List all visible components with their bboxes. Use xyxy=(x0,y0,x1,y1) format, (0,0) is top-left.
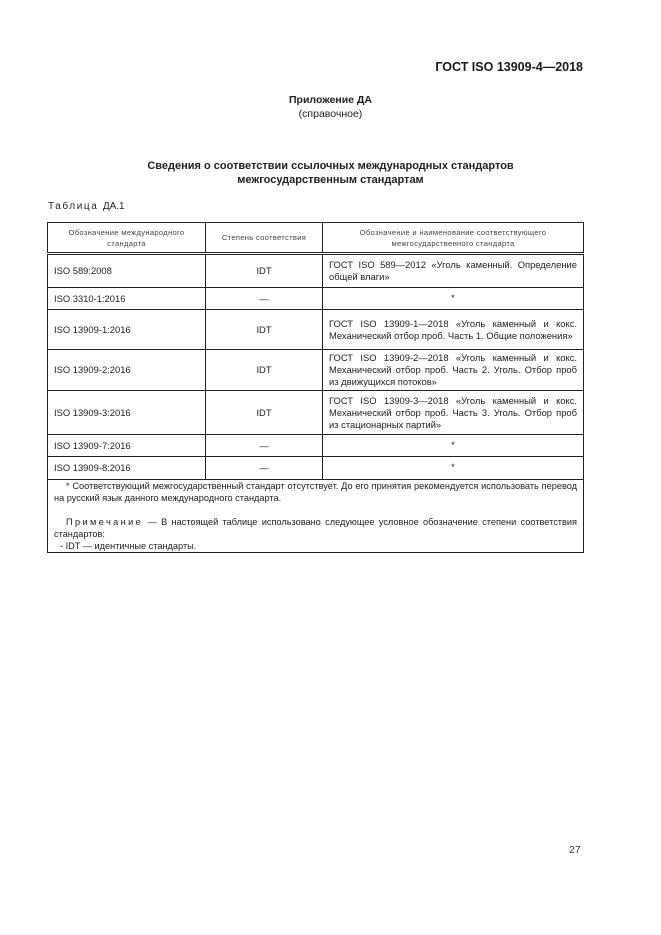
column-header-international: Обозначение международного стандарта xyxy=(48,223,206,254)
interstate-standard-cell: ГОСТ ISO 589—2012 «Уголь каменный. Опред… xyxy=(323,254,584,288)
interstate-standard-cell: ГОСТ ISO 13909-3—2018 «Уголь каменный и … xyxy=(323,391,584,435)
table-footer: * Соответствующий межгосударственный ста… xyxy=(48,480,584,553)
note: Примечание — В настоящей таблице использ… xyxy=(54,516,577,540)
intl-standard-cell: ISO 3310-1:2016 xyxy=(48,288,206,310)
note-item: - IDT — идентичные стандарты. xyxy=(54,540,577,552)
note-label: Примечание xyxy=(66,517,143,527)
column-header-degree: Степень соответствия xyxy=(206,223,323,254)
table-footer-row: * Соответствующий межгосударственный ста… xyxy=(48,480,584,553)
table-header-row: Обозначение международного стандарта Сте… xyxy=(48,223,584,254)
table-row: ISO 13909-3:2016 IDT ГОСТ ISO 13909-3—20… xyxy=(48,391,584,435)
degree-cell: — xyxy=(206,288,323,310)
table-row: ISO 13909-2:2016 IDT ГОСТ ISO 13909-2—20… xyxy=(48,350,584,391)
intl-standard-cell: ISO 13909-3:2016 xyxy=(48,391,206,435)
degree-cell: IDT xyxy=(206,391,323,435)
intl-standard-cell: ISO 13909-8:2016 xyxy=(48,457,206,480)
table-row: ISO 13909-7:2016 — * xyxy=(48,435,584,457)
correspondence-table: Обозначение международного стандарта Сте… xyxy=(47,222,584,553)
section-title-line-2: межгосударственным стандартам xyxy=(0,173,661,187)
table-row: ISO 589:2008 IDT ГОСТ ISO 589—2012 «Угол… xyxy=(48,254,584,288)
page-number: 27 xyxy=(569,844,581,856)
degree-cell: IDT xyxy=(206,350,323,391)
interstate-standard-cell: * xyxy=(323,457,584,480)
table-caption-number: ДА.1 xyxy=(103,201,125,212)
intl-standard-cell: ISO 13909-1:2016 xyxy=(48,310,206,350)
table-caption: Таблица ДА.1 xyxy=(48,201,125,212)
degree-cell: — xyxy=(206,435,323,457)
annex-subtitle: (справочное) xyxy=(0,107,661,121)
footnote: * Соответствующий межгосударственный ста… xyxy=(54,480,577,504)
degree-cell: — xyxy=(206,457,323,480)
document-code: ГОСТ ISO 13909-4—2018 xyxy=(435,60,583,74)
annex-title: Приложение ДА xyxy=(0,93,661,107)
intl-standard-cell: ISO 13909-7:2016 xyxy=(48,435,206,457)
interstate-standard-cell: * xyxy=(323,288,584,310)
section-title-line-1: Сведения о соответствии ссылочных междун… xyxy=(0,159,661,173)
table-row: ISO 13909-8:2016 — * xyxy=(48,457,584,480)
interstate-standard-cell: ГОСТ ISO 13909-2—2018 «Уголь каменный и … xyxy=(323,350,584,391)
degree-cell: IDT xyxy=(206,310,323,350)
column-header-interstate: Обозначение и наименование соответствующ… xyxy=(323,223,584,254)
table-row: ISO 13909-1:2016 IDT ГОСТ ISO 13909-1—20… xyxy=(48,310,584,350)
table-caption-word: Таблица xyxy=(48,201,98,212)
section-title: Сведения о соответствии ссылочных междун… xyxy=(0,159,661,187)
interstate-standard-cell: * xyxy=(323,435,584,457)
degree-cell: IDT xyxy=(206,254,323,288)
interstate-standard-cell: ГОСТ ISO 13909-1—2018 «Уголь каменный и … xyxy=(323,310,584,350)
intl-standard-cell: ISO 13909-2:2016 xyxy=(48,350,206,391)
table-row: ISO 3310-1:2016 — * xyxy=(48,288,584,310)
intl-standard-cell: ISO 589:2008 xyxy=(48,254,206,288)
annex-heading: Приложение ДА (справочное) xyxy=(0,93,661,121)
